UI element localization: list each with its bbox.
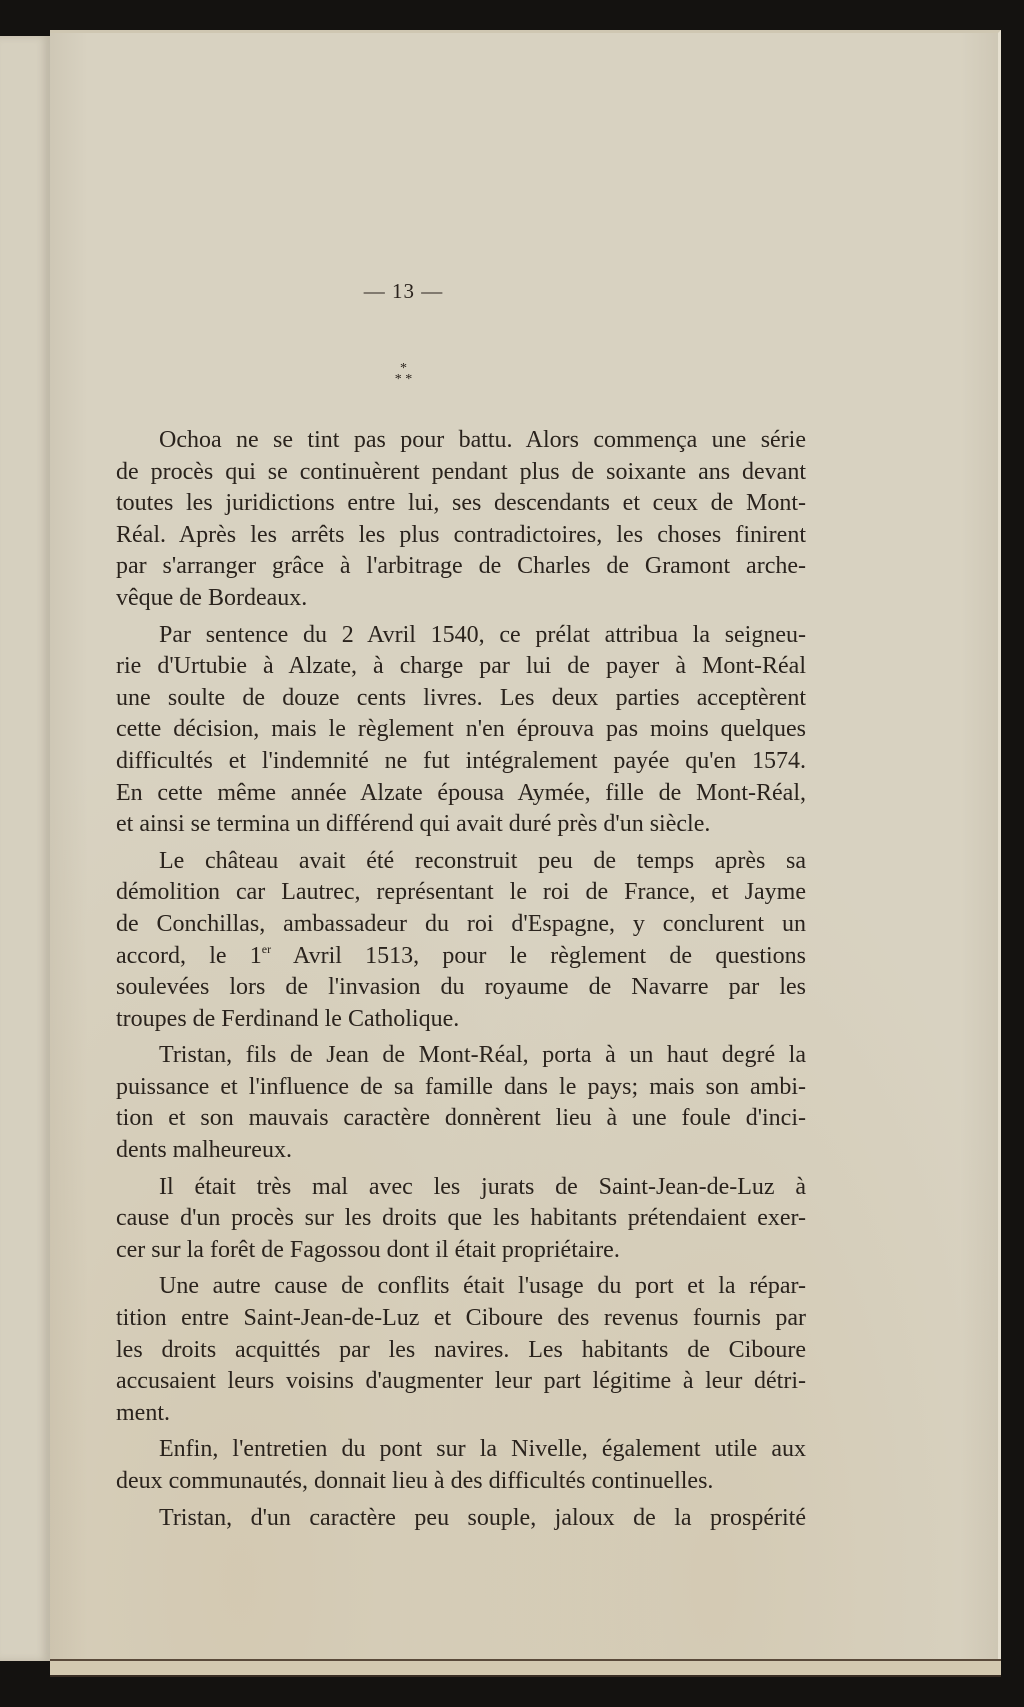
text-line: Enfin, l'entretien du pont sur la Nivell… — [116, 1434, 806, 1466]
text-line: Il était très mal avec les jurats de Sai… — [116, 1172, 806, 1204]
section-asterism: * * * — [116, 363, 691, 385]
paragraph-8: Tristan, d'un caractère peu souple, jalo… — [116, 1503, 806, 1535]
previous-page-edge — [0, 36, 52, 1661]
text-line: cer sur la forêt de Fagossou dont il éta… — [116, 1235, 806, 1267]
text-line: tition entre Saint-Jean-de-Luz et Cibour… — [116, 1303, 806, 1335]
text-line: Le château avait été reconstruit peu de … — [116, 846, 806, 878]
text-line: toutes les juridictions entre lui, ses d… — [116, 488, 806, 520]
text-line: rie d'Urtubie à Alzate, à charge par lui… — [116, 651, 806, 683]
text-line: accusaient leurs voisins d'augmenter leu… — [116, 1366, 806, 1398]
text-line: soulevées lors de l'invasion du royaume … — [116, 972, 806, 1004]
text-line: de procès qui se continuèrent pendant pl… — [116, 457, 806, 489]
text-fragment: Avril 1513, pour le règlement de questio… — [271, 943, 806, 969]
paragraph-7: Enfin, l'entretien du pont sur la Nivell… — [116, 1434, 806, 1497]
text-line: démolition car Lautrec, représentant le … — [116, 877, 806, 909]
paragraph-3: Le château avait été reconstruit peu de … — [116, 846, 806, 1036]
text-fragment: accord, le 1 — [116, 943, 262, 969]
paragraph-1: Ochoa ne se tint pas pour battu. Alors c… — [116, 425, 806, 615]
text-line: En cette même année Alzate épousa Aymée,… — [116, 778, 806, 810]
text-line: Tristan, d'un caractère peu souple, jalo… — [116, 1503, 806, 1535]
scanned-book-spread: — 13 — * * * Ochoa ne se tint pas pour b… — [0, 0, 1024, 1707]
paragraph-6: Une autre cause de conflits était l'usag… — [116, 1271, 806, 1429]
text-line: puissance et l'influence de sa famille d… — [116, 1072, 806, 1104]
body-text: Ochoa ne se tint pas pour battu. Alors c… — [116, 425, 806, 1539]
paragraph-4: Tristan, fils de Jean de Mont-Réal, port… — [116, 1040, 806, 1166]
page-bottom-edge — [50, 1659, 1001, 1677]
text-line: Par sentence du 2 Avril 1540, ce prélat … — [116, 620, 806, 652]
superscript-ordinal: er — [262, 942, 271, 956]
text-line: Une autre cause de conflits était l'usag… — [116, 1271, 806, 1303]
text-line: cause d'un procès sur les droits que les… — [116, 1203, 806, 1235]
text-line: difficultés et l'indemnité ne fut intégr… — [116, 746, 806, 778]
text-line: par s'arranger grâce à l'arbitrage de Ch… — [116, 551, 806, 583]
text-line: troupes de Ferdinand le Catholique. — [116, 1004, 806, 1036]
text-line: les droits acquittés par les navires. Le… — [116, 1335, 806, 1367]
text-line: accord, le 1er Avril 1513, pour le règle… — [116, 941, 806, 973]
text-line: Tristan, fils de Jean de Mont-Réal, port… — [116, 1040, 806, 1072]
page-number: — 13 — — [116, 276, 691, 308]
text-line: et ainsi se termina un différend qui ava… — [116, 809, 806, 841]
asterism-bottom: * * — [116, 374, 691, 385]
text-line: une soulte de douze cents livres. Les de… — [116, 683, 806, 715]
text-line: tion et son mauvais caractère donnèrent … — [116, 1103, 806, 1135]
text-line: deux communautés, donnait lieu à des dif… — [116, 1466, 806, 1498]
text-line: cette décision, mais le règlement n'en é… — [116, 714, 806, 746]
text-line: dents malheureux. — [116, 1135, 806, 1167]
text-line: Réal. Après les arrêts les plus contradi… — [116, 520, 806, 552]
book-page: — 13 — * * * Ochoa ne se tint pas pour b… — [50, 30, 1001, 1663]
text-line: vêque de Bordeaux. — [116, 583, 806, 615]
text-line: ment. — [116, 1398, 806, 1430]
text-line: de Conchillas, ambassadeur du roi d'Espa… — [116, 909, 806, 941]
paragraph-5: Il était très mal avec les jurats de Sai… — [116, 1172, 806, 1267]
paragraph-2: Par sentence du 2 Avril 1540, ce prélat … — [116, 620, 806, 841]
text-line: Ochoa ne se tint pas pour battu. Alors c… — [116, 425, 806, 457]
